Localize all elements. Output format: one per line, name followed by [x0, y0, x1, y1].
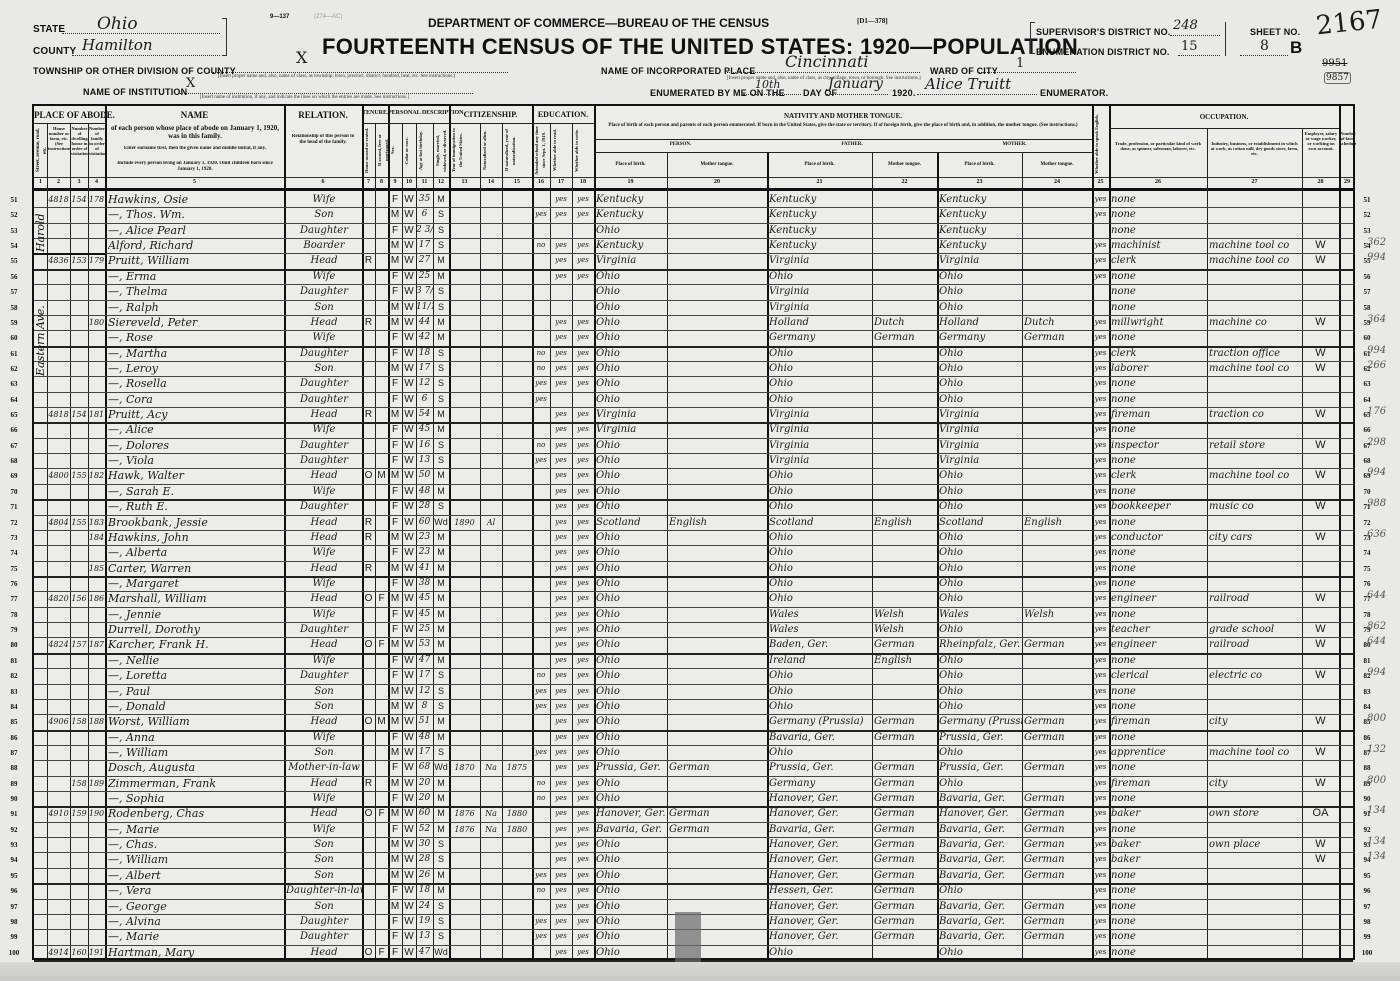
- mother-mother-tongue: German: [1024, 899, 1092, 914]
- relation: Head: [286, 591, 362, 606]
- person-name: —, Erma: [108, 269, 284, 284]
- speaks-english: yes: [1092, 622, 1109, 637]
- relation: Head: [286, 806, 362, 821]
- employer-class: W: [1302, 591, 1339, 606]
- able-to-write: yes: [572, 407, 594, 422]
- free-mortgaged: [375, 499, 388, 514]
- trade: clerk: [1111, 346, 1207, 361]
- house-number: [47, 883, 70, 898]
- age: 28: [416, 499, 433, 514]
- able-to-read: yes: [550, 914, 572, 929]
- marital-status: S: [433, 499, 449, 514]
- mother-birthplace: Ohio: [939, 745, 1022, 760]
- table-row: 4910159190Rodenberg, ChasHeadOFMW60M1876…: [34, 806, 1353, 822]
- father-birthplace: Virginia: [769, 284, 872, 299]
- attended-school: no: [532, 776, 550, 791]
- mother-tongue: [669, 361, 767, 376]
- free-mortgaged: [375, 484, 388, 499]
- mother-mother-tongue: [1024, 253, 1092, 268]
- age: 16: [416, 438, 433, 453]
- able-to-read: yes: [550, 484, 572, 499]
- mother-tongue: [669, 730, 767, 745]
- color-race: W: [402, 453, 416, 468]
- group-rule: [362, 123, 594, 124]
- attended-school: [532, 653, 550, 668]
- line-number-right: 99: [1357, 933, 1377, 941]
- column-number: 10: [402, 179, 416, 185]
- house-number: 4800: [47, 468, 70, 483]
- state-value: Ohio: [97, 14, 138, 34]
- trade: none: [1111, 223, 1207, 238]
- township-label: TOWNSHIP OR OTHER DIVISION OF COUNTY: [33, 66, 236, 76]
- employer-class: [1302, 484, 1339, 499]
- family-number: 189: [88, 776, 105, 791]
- color-race: W: [402, 806, 416, 821]
- relation: Wife: [286, 545, 362, 560]
- line-number: 58: [4, 304, 24, 312]
- industry: retail store: [1209, 438, 1302, 453]
- father-birthplace: Hanover, Ger.: [769, 868, 872, 883]
- mother-mother-tongue: [1024, 622, 1092, 637]
- speaks-english: yes: [1092, 945, 1109, 960]
- house-number: [47, 223, 70, 238]
- line-number: 77: [4, 595, 24, 603]
- able-to-write: yes: [572, 806, 594, 821]
- state-label: STATE: [33, 24, 65, 35]
- attended-school: [532, 622, 550, 637]
- house-number: [47, 576, 70, 591]
- column-number: 20: [667, 179, 767, 185]
- industry: music co: [1209, 499, 1302, 514]
- industry: city: [1209, 714, 1302, 729]
- mother-birthplace: Ohio: [939, 376, 1022, 391]
- able-to-read: yes: [550, 269, 572, 284]
- able-to-read: yes: [550, 422, 572, 437]
- naturalization-year: [502, 545, 532, 560]
- industry: [1209, 822, 1302, 837]
- house-number: [47, 852, 70, 867]
- col-head-12: Single, married, widowed, or divorced.: [434, 126, 449, 175]
- mother-tongue: [669, 791, 767, 806]
- mother-birthplace: Rheinpfalz, Ger.: [939, 637, 1022, 652]
- age: 18: [416, 883, 433, 898]
- immigration-year: [449, 468, 480, 483]
- immigration-year: [449, 207, 480, 222]
- trade: baker: [1111, 837, 1207, 852]
- home-owned: [362, 929, 375, 944]
- attended-school: [532, 315, 550, 330]
- speaks-english: yes: [1092, 868, 1109, 883]
- line-number-right: 74: [1357, 549, 1377, 557]
- color-race: W: [402, 852, 416, 867]
- naturalized: [480, 361, 502, 376]
- father-birthplace: Virginia: [769, 407, 872, 422]
- speaks-english: yes: [1092, 453, 1109, 468]
- color-race: W: [402, 914, 416, 929]
- attended-school: yes: [532, 699, 550, 714]
- age: 17: [416, 238, 433, 253]
- person-name: —, Ralph: [108, 300, 284, 315]
- employer-class: W: [1302, 668, 1339, 683]
- person-name: —, Anna: [108, 730, 284, 745]
- attended-school: no: [532, 361, 550, 376]
- immigration-year: [449, 330, 480, 345]
- father-birthplace: Kentucky: [769, 238, 872, 253]
- speaks-english: yes: [1092, 653, 1109, 668]
- naturalization-year: [502, 899, 532, 914]
- attended-school: yes: [532, 745, 550, 760]
- speaks-english: yes: [1092, 330, 1109, 345]
- birthplace: Prussia, Ger.: [596, 760, 667, 775]
- dwelling-number: [70, 791, 88, 806]
- sex: F: [388, 914, 402, 929]
- speaks-english: yes: [1092, 238, 1109, 253]
- line-number-right: 75: [1357, 565, 1377, 573]
- marital-status: Wd: [433, 760, 449, 775]
- father-birthplace: Germany (Prussia): [769, 714, 872, 729]
- father-birthplace: Ohio: [769, 545, 872, 560]
- census-table: PLACE OF ABODE. NAME RELATION. TENURE. P…: [32, 104, 1355, 960]
- naturalized: [480, 576, 502, 591]
- dwelling-number: [70, 837, 88, 852]
- father-birthplace: Ohio: [769, 269, 872, 284]
- house-number: [47, 330, 70, 345]
- able-to-read: yes: [550, 238, 572, 253]
- trade: none: [1111, 576, 1207, 591]
- naturalization-year: [502, 837, 532, 852]
- industry: [1209, 484, 1302, 499]
- dwelling-number: [70, 223, 88, 238]
- mother-mother-tongue: German: [1024, 760, 1092, 775]
- col-head-25: Whether able to speak English.: [1093, 112, 1109, 176]
- relation: Wife: [286, 653, 362, 668]
- birthplace: Virginia: [596, 253, 667, 268]
- group-education: EDUCATION.: [532, 110, 594, 119]
- farm-schedule: [1339, 530, 1355, 545]
- mother-birthplace: Bavaria, Ger.: [939, 914, 1022, 929]
- industry: [1209, 561, 1302, 576]
- marital-status: S: [433, 929, 449, 944]
- marital-status: S: [433, 284, 449, 299]
- naturalization-year: [502, 868, 532, 883]
- home-owned: R: [362, 315, 375, 330]
- mother-tongue: [669, 269, 767, 284]
- sex: F: [388, 545, 402, 560]
- home-owned: [362, 899, 375, 914]
- industry: [1209, 607, 1302, 622]
- house-number: [47, 438, 70, 453]
- industry: [1209, 914, 1302, 929]
- free-mortgaged: [375, 530, 388, 545]
- father-mother-tongue: Welsh: [874, 622, 937, 637]
- sex: M: [388, 684, 402, 699]
- father-mother-tongue: [874, 346, 937, 361]
- enumerator-name: Alice Truitt: [925, 75, 1011, 93]
- able-to-write: yes: [572, 868, 594, 883]
- employer-class: [1302, 607, 1339, 622]
- occupation-code: 266: [1367, 360, 1386, 371]
- able-to-write: yes: [572, 376, 594, 391]
- naturalization-year: [502, 453, 532, 468]
- line-number-right: 72: [1357, 519, 1377, 527]
- line-number-right: 68: [1357, 457, 1377, 465]
- able-to-read: yes: [550, 745, 572, 760]
- marital-status: S: [433, 361, 449, 376]
- relation: Head: [286, 407, 362, 422]
- marital-status: S: [433, 453, 449, 468]
- column-number: 4: [88, 179, 105, 185]
- enumerator-label: ENUMERATOR.: [1040, 88, 1108, 98]
- free-mortgaged: F: [375, 591, 388, 606]
- trade: none: [1111, 653, 1207, 668]
- trade: none: [1111, 899, 1207, 914]
- sex: M: [388, 714, 402, 729]
- dwelling-number: [70, 730, 88, 745]
- relation: Wife: [286, 484, 362, 499]
- color-race: W: [402, 760, 416, 775]
- family-number: [88, 376, 105, 391]
- relation: Son: [286, 868, 362, 883]
- naturalization-year: 1875: [502, 760, 532, 775]
- house-number: 4914: [47, 945, 70, 960]
- col-head-9: Sex.: [389, 126, 402, 175]
- relation: Daughter: [286, 346, 362, 361]
- father-mother-tongue: German: [874, 929, 937, 944]
- house-number: [47, 376, 70, 391]
- person-name: Siereveld, Peter: [108, 315, 284, 330]
- sex: F: [388, 223, 402, 238]
- sex: F: [388, 346, 402, 361]
- able-to-read: yes: [550, 545, 572, 560]
- father-birthplace: Hanover, Ger.: [769, 837, 872, 852]
- free-mortgaged: [375, 791, 388, 806]
- naturalized: [480, 945, 502, 960]
- line-number: 62: [4, 365, 24, 373]
- color-race: W: [402, 223, 416, 238]
- line-number-right: 52: [1357, 211, 1377, 219]
- trade: none: [1111, 791, 1207, 806]
- relation: Daughter-in-law: [286, 883, 362, 898]
- naturalization-year: [502, 653, 532, 668]
- line-number: 100: [4, 949, 24, 957]
- color-race: W: [402, 576, 416, 591]
- father-birthplace: Bavaria, Ger.: [769, 730, 872, 745]
- line-number-right: 76: [1357, 580, 1377, 588]
- farm-schedule: [1339, 438, 1355, 453]
- relation: Head: [286, 515, 362, 530]
- industry: [1209, 453, 1302, 468]
- trade: engineer: [1111, 591, 1207, 606]
- home-owned: [362, 223, 375, 238]
- able-to-write: yes: [572, 852, 594, 867]
- father-mother-tongue: [874, 530, 937, 545]
- speaks-english: yes: [1092, 361, 1109, 376]
- farm-schedule: [1339, 760, 1355, 775]
- mother-birthplace: Ohio: [939, 269, 1022, 284]
- age: 6: [416, 392, 433, 407]
- father-mother-tongue: [874, 238, 937, 253]
- home-owned: R: [362, 407, 375, 422]
- age: 11/12: [416, 300, 433, 315]
- farm-schedule: [1339, 714, 1355, 729]
- age: 27: [416, 253, 433, 268]
- house-number: 4820: [47, 591, 70, 606]
- father-birthplace: Ohio: [769, 392, 872, 407]
- line-number-right: 84: [1357, 703, 1377, 711]
- naturalization-year: [502, 192, 532, 207]
- trade: none: [1111, 376, 1207, 391]
- color-race: W: [402, 192, 416, 207]
- free-mortgaged: [375, 837, 388, 852]
- immigration-year: [449, 223, 480, 238]
- place-field: Cincinnati: [727, 62, 920, 73]
- sex: M: [388, 637, 402, 652]
- mother-tongue: [669, 253, 767, 268]
- naturalized: [480, 192, 502, 207]
- able-to-write: [572, 300, 594, 315]
- person-name: Marshall, William: [108, 591, 284, 606]
- naturalized: [480, 852, 502, 867]
- line-number: 60: [4, 334, 24, 342]
- mother-mother-tongue: [1024, 776, 1092, 791]
- color-race: W: [402, 637, 416, 652]
- employer-class: [1302, 822, 1339, 837]
- family-number: 191: [88, 945, 105, 960]
- speaks-english: yes: [1092, 515, 1109, 530]
- person-name: —, Nellie: [108, 653, 284, 668]
- color-race: W: [402, 545, 416, 560]
- free-mortgaged: [375, 284, 388, 299]
- mother-birthplace: Ohio: [939, 499, 1022, 514]
- trade: none: [1111, 207, 1207, 222]
- employer-class: W: [1302, 852, 1339, 867]
- attended-school: [532, 945, 550, 960]
- col-head-11: Age at last birthday.: [417, 126, 433, 175]
- birthplace: Ohio: [596, 591, 667, 606]
- color-race: W: [402, 622, 416, 637]
- family-number: [88, 392, 105, 407]
- table-row: —, ErmaWifeFW25MyesyesOhioOhioOhioyesnon…: [34, 269, 1353, 285]
- mother-birthplace: Ohio: [939, 346, 1022, 361]
- able-to-write: yes: [572, 776, 594, 791]
- line-number: 81: [4, 657, 24, 665]
- sex: M: [388, 238, 402, 253]
- speaks-english: yes: [1092, 929, 1109, 944]
- age: 38: [416, 576, 433, 591]
- column-number: 29: [1339, 179, 1355, 185]
- employer-class: W: [1302, 530, 1339, 545]
- free-mortgaged: [375, 422, 388, 437]
- family-number: 179: [88, 253, 105, 268]
- line-number: 75: [4, 565, 24, 573]
- col-head-1: Street, avenue, road, etc.: [35, 126, 47, 174]
- supervisor-label: SUPERVISOR'S DISTRICT NO.: [1036, 27, 1171, 37]
- mother-birthplace: Ohio: [939, 776, 1022, 791]
- birthplace: Ohio: [596, 269, 667, 284]
- mother-tongue: [669, 223, 767, 238]
- sex: F: [388, 653, 402, 668]
- farm-schedule: [1339, 515, 1355, 530]
- able-to-write: yes: [572, 422, 594, 437]
- industry: city: [1209, 776, 1302, 791]
- speaks-english: yes: [1092, 637, 1109, 652]
- father-birthplace: Ohio: [769, 684, 872, 699]
- father-birthplace: Ohio: [769, 945, 872, 960]
- person-name: —, Margaret: [108, 576, 284, 591]
- attended-school: [532, 269, 550, 284]
- mother-mother-tongue: [1024, 422, 1092, 437]
- color-race: W: [402, 515, 416, 530]
- father-mother-tongue: Dutch: [874, 315, 937, 330]
- able-to-read: yes: [550, 607, 572, 622]
- home-owned: [362, 791, 375, 806]
- attended-school: yes: [532, 929, 550, 944]
- employer-class: [1302, 284, 1339, 299]
- father-birthplace: Virginia: [769, 422, 872, 437]
- father-birthplace: Kentucky: [769, 192, 872, 207]
- able-to-read: yes: [550, 499, 572, 514]
- mother-mother-tongue: [1024, 484, 1092, 499]
- sex: F: [388, 438, 402, 453]
- column-number: 26: [1109, 179, 1207, 185]
- naturalized: [480, 376, 502, 391]
- able-to-read: yes: [550, 714, 572, 729]
- naturalization-year: [502, 699, 532, 714]
- line-number-right: 92: [1357, 826, 1377, 834]
- trade: none: [1111, 822, 1207, 837]
- home-owned: O: [362, 637, 375, 652]
- able-to-read: yes: [550, 668, 572, 683]
- table-row: —, DoloresDaughterFW16SnoyesyesOhioVirgi…: [34, 438, 1353, 454]
- naturalized: [480, 637, 502, 652]
- mother-birthplace: Bavaria, Ger.: [939, 868, 1022, 883]
- dwelling-number: [70, 822, 88, 837]
- naturalized: [480, 330, 502, 345]
- home-owned: [362, 300, 375, 315]
- house-number: [47, 422, 70, 437]
- age: 50: [416, 468, 433, 483]
- column-number: 12: [433, 179, 449, 185]
- house-number: [47, 207, 70, 222]
- marital-status: M: [433, 637, 449, 652]
- employer-class: [1302, 515, 1339, 530]
- naturalization-year: [502, 438, 532, 453]
- dwelling-number: [70, 852, 88, 867]
- age: 19: [416, 914, 433, 929]
- table-row: —, MarieWifeFW52M1876Na1880yesyesBavaria…: [34, 822, 1353, 838]
- sex: F: [388, 453, 402, 468]
- person-name: Dosch, Augusta: [108, 760, 284, 775]
- color-race: W: [402, 837, 416, 852]
- attended-school: yes: [532, 914, 550, 929]
- place-value: Cincinnati: [785, 52, 868, 71]
- dwelling-number: 153: [70, 253, 88, 268]
- house-number: 4906: [47, 714, 70, 729]
- sex: F: [388, 622, 402, 637]
- house-number: [47, 760, 70, 775]
- person-name: Durrell, Dorothy: [108, 622, 284, 637]
- mother-birthplace: Ohio: [939, 530, 1022, 545]
- sex: M: [388, 806, 402, 821]
- able-to-write: yes: [572, 484, 594, 499]
- house-number: [47, 699, 70, 714]
- able-to-write: yes: [572, 361, 594, 376]
- immigration-year: [449, 945, 480, 960]
- father-mother-tongue: German: [874, 914, 937, 929]
- marital-status: M: [433, 622, 449, 637]
- able-to-read: yes: [550, 929, 572, 944]
- employer-class: W: [1302, 438, 1339, 453]
